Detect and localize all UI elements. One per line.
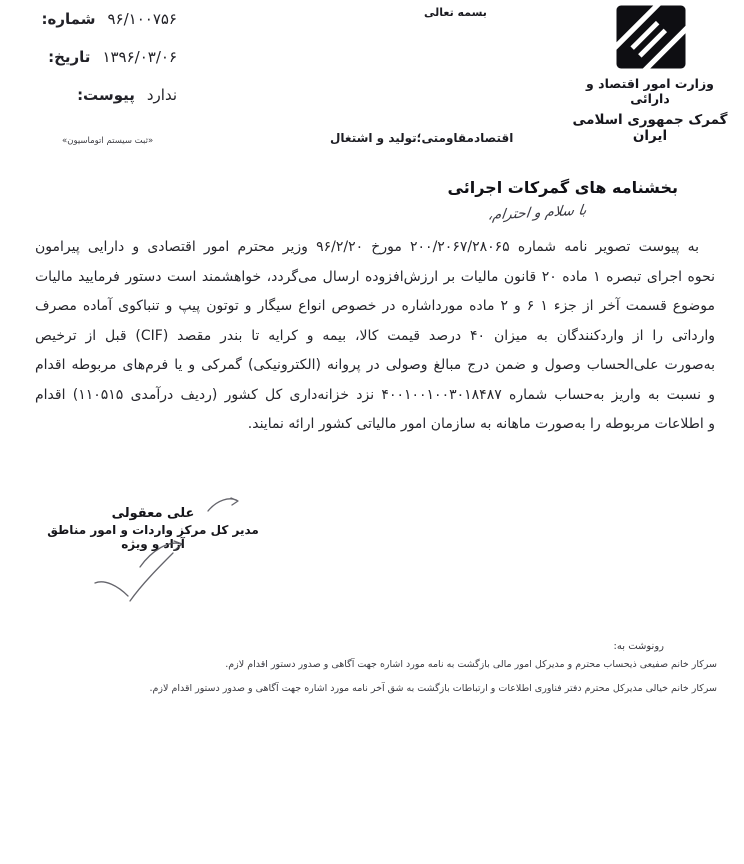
bismillah: بسمه تعالی (424, 6, 487, 19)
signature-scribble (70, 478, 260, 613)
ref-number-row: شماره: ۹۶/۱۰۰۷۵۶ (42, 10, 177, 28)
copy-line: سرکار خانم صفیعی ذیحساب محترم و مدیرکل ا… (225, 659, 717, 670)
automation-note: «ثبت سیستم اتوماسیون» (62, 136, 153, 146)
body-line: نحوه اجرای تبصره ۱ ماده ۲۰ قانون مالیات … (35, 263, 715, 293)
ref-number-value: ۹۶/۱۰۰۷۵۶ (107, 10, 177, 28)
attachment-row: پیوست: ندارد (77, 86, 177, 104)
body-line: به پیوست تصویر نامه شماره ۲۰۰/۲۰۶۷/۲۸۰۶۵… (35, 233, 715, 263)
ref-number-label: شماره: (42, 10, 96, 28)
year-slogan: اقتصادمقاومتی؛تولید و اشتغال (330, 131, 513, 145)
letter-body: به پیوست تصویر نامه شماره ۲۰۰/۲۰۶۷/۲۸۰۶۵… (35, 233, 715, 440)
ministry-name: وزارت امور اقتصاد و دارائی (565, 76, 735, 106)
body-line: موضوع قسمت آخر از جزء ۱ ۶ و ۲ ماده موردا… (35, 292, 715, 322)
organization-block: وزارت امور اقتصاد و دارائی گمرک جمهوری ا… (565, 76, 735, 144)
copy-to-label: رونوشت به: (614, 641, 665, 652)
date-label: تاریخ: (48, 48, 90, 66)
handwritten-greeting: با سلام و احترام، (487, 202, 587, 223)
body-line: به‌صورت علی‌الحساب وصول و ضمن درج مبالغ … (35, 351, 715, 381)
attachment-value: ندارد (147, 86, 177, 104)
scanned-letter-page: شماره: ۹۶/۱۰۰۷۵۶ تاریخ: ۱۳۹۶/۰۳/۰۶ پیوست… (0, 0, 744, 864)
body-line: و اطلاعات مربوطه را به‌صورت ماهانه به سا… (35, 410, 715, 440)
body-line: و نسبت به واریز به‌حساب شماره ۴۰۰۱۰۰۱۰۰۳… (35, 381, 715, 411)
body-line: وارداتی را از واردکنندگان به میزان ۴۰ در… (35, 322, 715, 352)
letter-title: بخشنامه های گمرکات اجرائی (448, 178, 678, 197)
date-row: تاریخ: ۱۳۹۶/۰۳/۰۶ (48, 48, 177, 66)
attachment-label: پیوست: (77, 86, 135, 104)
date-value: ۱۳۹۶/۰۳/۰۶ (102, 48, 177, 66)
copy-line: سرکار خانم خیالی مدیرکل محترم دفتر فناور… (150, 683, 717, 694)
customs-emblem-icon (612, 4, 690, 70)
organization-name: گمرک جمهوری اسلامی ایران (565, 112, 735, 144)
